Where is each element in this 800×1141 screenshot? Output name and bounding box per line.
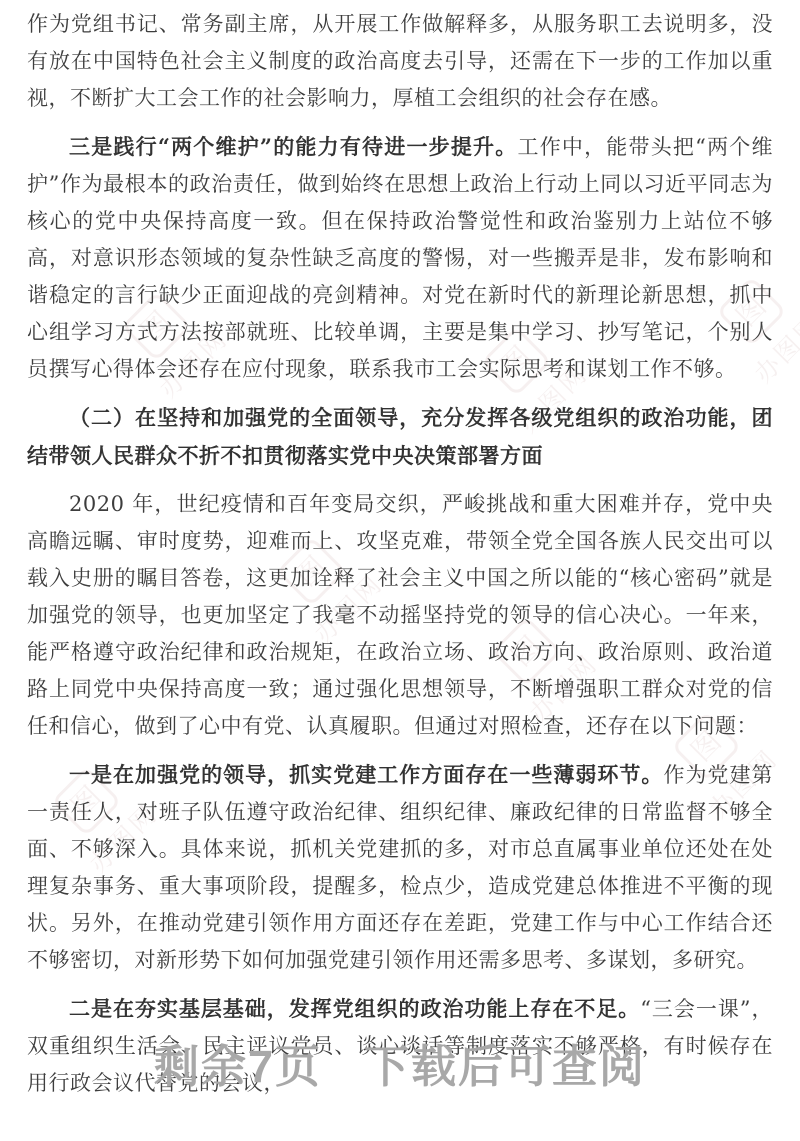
paragraph-text: 作为党组书记、常务副主席，从开展工作做解释多，从服务职工去说明多，没有放在中国特… xyxy=(27,12,773,110)
paragraph-text: 工作中，能带头把“两个维护”作为最根本的政治责任，做到始终在思想上政治上行动上同… xyxy=(27,135,773,381)
footer-banner: 剩余7页下载后可查阅 xyxy=(0,1030,800,1095)
paragraph-bold-text: 二是在夯实基层基础，发挥党组织的政治功能上存在不足。 xyxy=(69,996,640,1021)
paragraph: 一是在加强党的领导，抓实党建工作方面存在一些薄弱环节。作为党建第一责任人，对班子… xyxy=(27,756,773,979)
download-hint-label: 下载后可查阅 xyxy=(364,1041,646,1092)
paragraph: 2020 年，世纪疫情和百年变局交织，严峻挑战和重大困难并存，党中央高瞻远瞩、审… xyxy=(27,486,773,745)
paragraph: 三是践行“两个维护”的能力有待进一步提升。工作中，能带头把“两个维护”作为最根本… xyxy=(27,128,773,388)
document-body: 作为党组书记、常务副主席，从开展工作做解释多，从服务职工去说明多，没有放在中国特… xyxy=(27,6,773,1102)
paragraph-bold-text: 三是践行“两个维护”的能力有待进一步提升。 xyxy=(69,134,517,159)
paragraph-bold-text: （二）在坚持和加强党的全面领导，充分发挥各级党组织的政治功能，团结带领人民群众不… xyxy=(27,405,773,468)
paragraph: （二）在坚持和加强党的全面领导，充分发挥各级党组织的政治功能，团结带领人民群众不… xyxy=(27,399,773,475)
remaining-pages-label: 剩余7页 xyxy=(154,1041,322,1092)
paragraph: 作为党组书记、常务副主席，从开展工作做解释多，从服务职工去说明多，没有放在中国特… xyxy=(27,6,773,117)
paragraph-bold-text: 一是在加强党的领导，抓实党建工作方面存在一些薄弱环节。 xyxy=(69,762,663,787)
paragraph-text: 作为党建第一责任人，对班子队伍遵守政治纪律、组织纪律、廉政纪律的日常监督不够全面… xyxy=(27,763,773,972)
document-page: 作为党组书记、常务副主席，从开展工作做解释多，从服务职工去说明多，没有放在中国特… xyxy=(0,0,800,1102)
paragraph-text: 2020 年，世纪疫情和百年变局交织，严峻挑战和重大困难并存，党中央高瞻远瞩、审… xyxy=(27,492,773,738)
